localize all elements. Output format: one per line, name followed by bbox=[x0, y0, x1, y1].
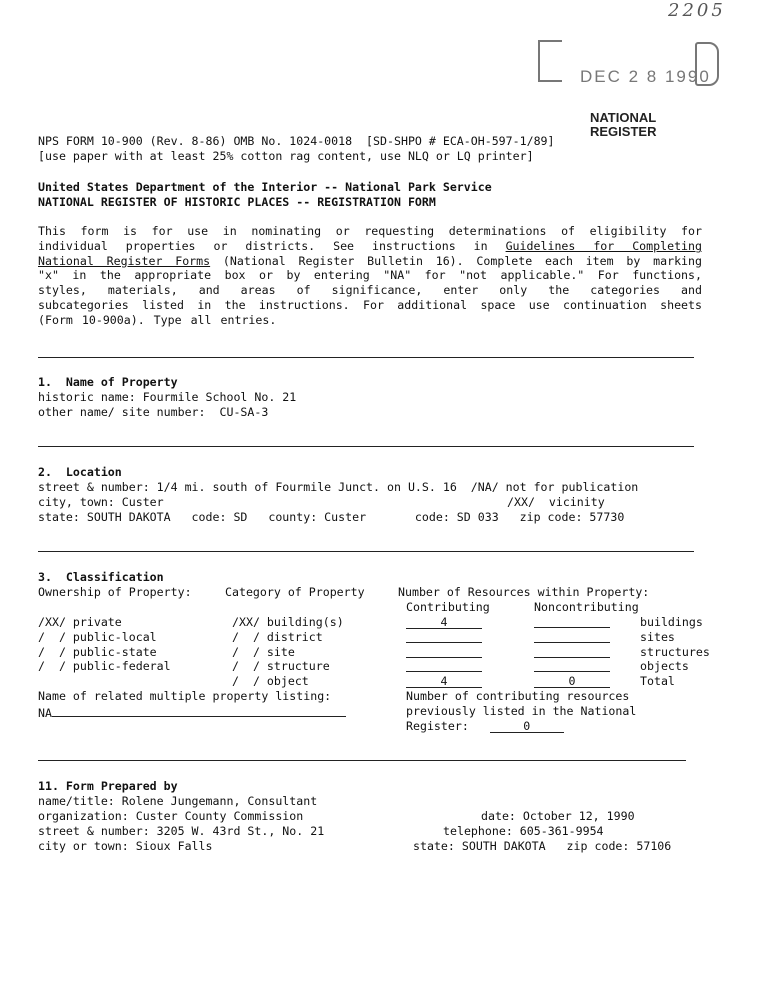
previously-listed-field: Register: 0 bbox=[406, 719, 564, 734]
location-vicinity: /XX/ vicinity bbox=[507, 495, 605, 510]
resource-label-sites: sites bbox=[640, 630, 710, 645]
paper-note-line: [use paper with at least 25% cotton rag … bbox=[38, 149, 534, 164]
multiple-listing-label: Name of related multiple property listin… bbox=[38, 689, 331, 704]
location-state-line: state: SOUTH DAKOTA code: SD county: Cus… bbox=[38, 510, 624, 525]
contributing-buildings: 4 bbox=[406, 616, 482, 629]
noncontributing-objects bbox=[534, 659, 610, 672]
noncontributing-counts: 0 bbox=[534, 615, 610, 689]
ownership-label: Ownership of Property: bbox=[38, 585, 192, 600]
category-label: Category of Property bbox=[225, 585, 365, 600]
intro-line-5: styles, materials, and areas of signific… bbox=[38, 283, 702, 298]
category-site: / / site bbox=[232, 645, 344, 660]
form-number-line: NPS FORM 10-900 (Rev. 8-86) OMB No. 1024… bbox=[38, 134, 555, 149]
contributing-sites bbox=[406, 630, 482, 643]
preparer-telephone: telephone: 605-361-9954 bbox=[443, 824, 604, 839]
section-2-heading: 2. Location bbox=[38, 465, 122, 480]
ownership-public-local: / / public-local bbox=[38, 630, 171, 645]
section-11-heading: 11. Form Prepared by bbox=[38, 779, 178, 794]
contributing-counts: 4 4 bbox=[406, 615, 482, 689]
received-date-stamp: DEC 2 8 1990 bbox=[580, 70, 711, 85]
national-register-stamp: NATIONAL REGISTER bbox=[590, 111, 656, 139]
category-district: / / district bbox=[232, 630, 344, 645]
resources-label: Number of Resources within Property: bbox=[398, 585, 649, 600]
resource-label-total: Total bbox=[640, 674, 710, 689]
category-buildings: /XX/ building(s) bbox=[232, 615, 344, 630]
guidelines-link-part-1: Guidelines for Completing bbox=[506, 239, 702, 253]
form-title: NATIONAL REGISTER OF HISTORIC PLACES -- … bbox=[38, 195, 436, 210]
noncontributing-buildings bbox=[534, 615, 610, 628]
ownership-private: /XX/ private bbox=[38, 615, 171, 630]
other-name-site-number: other name/ site number: CU-SA-3 bbox=[38, 405, 268, 420]
intro-line-1: This form is for use in nominating or re… bbox=[38, 224, 702, 239]
section-divider bbox=[38, 446, 694, 447]
preparer-name-title: name/title: Rolene Jungemann, Consultant bbox=[38, 794, 317, 809]
intro-line-2: individual properties or districts. See … bbox=[38, 239, 702, 254]
section-3-heading: 3. Classification bbox=[38, 570, 164, 585]
received-stamp-left-bracket bbox=[538, 40, 562, 82]
previously-listed-text-2: previously listed in the National bbox=[406, 704, 636, 719]
stamp-national: NATIONAL bbox=[590, 111, 656, 125]
handwritten-number: 2205 bbox=[668, 4, 726, 19]
preparer-city: city or town: Sioux Falls bbox=[38, 839, 213, 854]
noncontributing-structures bbox=[534, 645, 610, 658]
section-divider bbox=[38, 357, 694, 358]
noncontributing-total: 0 bbox=[534, 675, 610, 688]
contributing-total: 4 bbox=[406, 675, 482, 688]
intro-line-7: (Form 10-900a). Type all entries. bbox=[38, 313, 702, 328]
intro-line-6: subcategories listed in the instructions… bbox=[38, 298, 702, 313]
section-divider bbox=[38, 760, 686, 761]
contributing-objects bbox=[406, 659, 482, 672]
preparer-date: date: October 12, 1990 bbox=[481, 809, 635, 824]
intro-line-4: "x" in the appropriate box or by enterin… bbox=[38, 268, 702, 283]
section-1-heading: 1. Name of Property bbox=[38, 375, 178, 390]
location-city: city, town: Custer bbox=[38, 495, 164, 510]
previously-listed-text-1: Number of contributing resources bbox=[406, 689, 629, 704]
ownership-public-federal: / / public-federal bbox=[38, 659, 171, 674]
resource-label-buildings: buildings bbox=[640, 615, 710, 630]
resource-label-objects: objects bbox=[640, 659, 710, 674]
resource-label-structures: structures bbox=[640, 645, 710, 660]
department-heading: United States Department of the Interior… bbox=[38, 180, 492, 195]
contributing-structures bbox=[406, 645, 482, 658]
intro-paragraph: This form is for use in nominating or re… bbox=[38, 224, 702, 328]
noncontributing-label: Noncontributing bbox=[534, 600, 639, 615]
resource-type-labels: buildings sites structures objects Total bbox=[640, 615, 710, 689]
noncontributing-sites bbox=[534, 630, 610, 643]
intro-line-3: National Register Forms (National Regist… bbox=[38, 254, 702, 269]
multiple-listing-field: NA bbox=[38, 704, 346, 721]
preparer-street: street & number: 3205 W. 43rd St., No. 2… bbox=[38, 824, 324, 839]
preparer-state-zip: state: SOUTH DAKOTA zip code: 57106 bbox=[413, 839, 671, 854]
section-divider bbox=[38, 551, 694, 552]
previously-listed-value: 0 bbox=[490, 720, 564, 733]
ownership-public-state: / / public-state bbox=[38, 645, 171, 660]
category-structure: / / structure bbox=[232, 659, 344, 674]
category-object: / / object bbox=[232, 674, 344, 689]
stamp-register: REGISTER bbox=[590, 125, 656, 139]
guidelines-link-part-2: National Register Forms bbox=[38, 254, 210, 268]
historic-name: historic name: Fourmile School No. 21 bbox=[38, 390, 296, 405]
ownership-options: /XX/ private / / public-local / / public… bbox=[38, 615, 171, 674]
location-street: street & number: 1/4 mi. south of Fourmi… bbox=[38, 480, 638, 495]
category-options: /XX/ building(s) / / district / / site /… bbox=[232, 615, 344, 689]
contributing-label: Contributing bbox=[406, 600, 490, 615]
preparer-organization: organization: Custer County Commission bbox=[38, 809, 303, 824]
